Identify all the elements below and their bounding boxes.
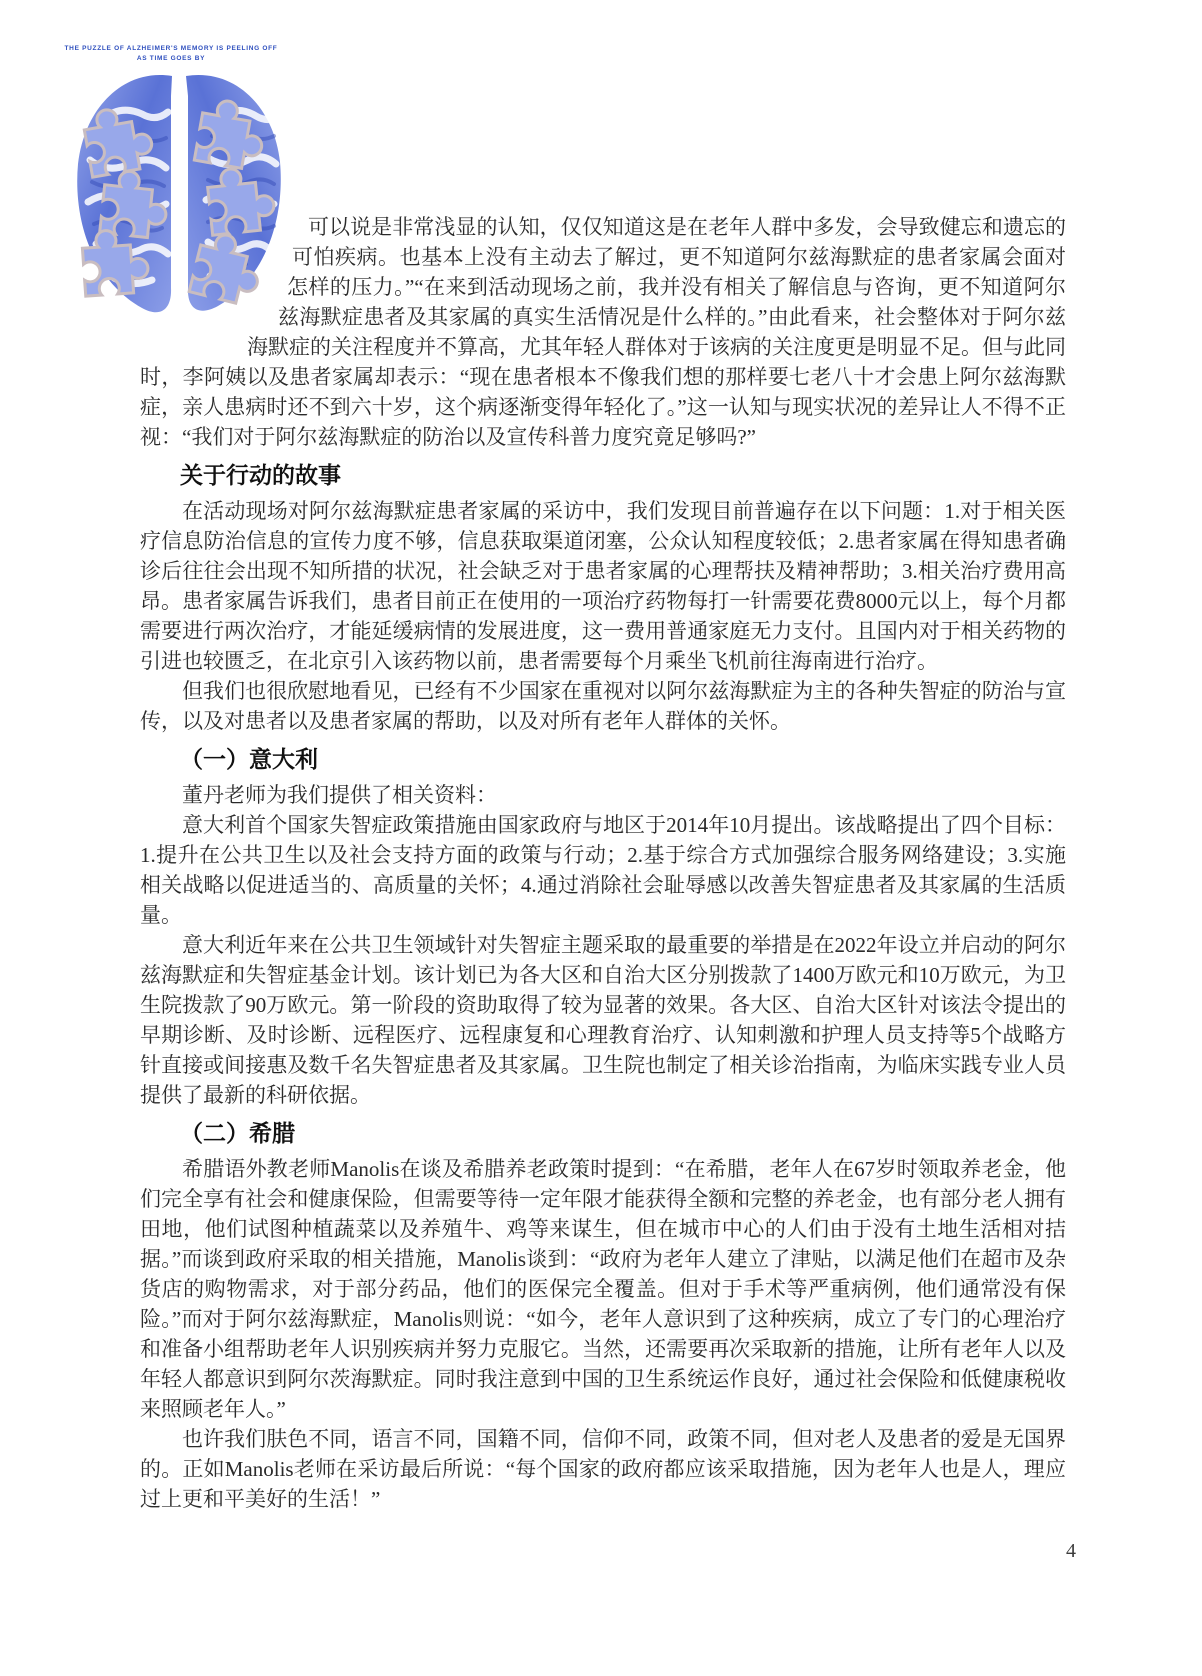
heading-italy: （一）意大利 [140, 743, 1066, 775]
paragraph-dongdan: 董丹老师为我们提供了相关资料： [140, 780, 1066, 810]
paragraph-italy-strategy: 意大利首个国家失智症政策措施由国家政府与地区于2014年10月提出。该战略提出了… [140, 810, 1066, 930]
paragraph-relief: 但我们也很欣慰地看见，已经有不少国家在重视对以阿尔兹海默症为主的各种失智症的防治… [140, 676, 1066, 736]
text-wrap-spacer [140, 242, 292, 272]
text-wrap-spacer [140, 332, 247, 362]
document-page: THE PUZZLE OF ALZHEIMER'S MEMORY IS PEEL… [0, 0, 1202, 1676]
text-wrap-spacer [140, 302, 278, 332]
paragraph-intro: 可以说是非常浅显的认知，仅仅知道这是在老年人群中多发，会导致健忘和遗忘的可怕疾病… [140, 212, 1066, 452]
page-number: 4 [1056, 1540, 1086, 1563]
english-tagline: THE PUZZLE OF ALZHEIMER'S MEMORY IS PEEL… [64, 44, 278, 64]
heading-greece: （二）希腊 [140, 1117, 1066, 1149]
text-wrap-spacer [140, 212, 308, 242]
paragraph-conclusion: 也许我们肤色不同，语言不同，国籍不同，信仰不同，政策不同，但对老人及患者的爱是无… [140, 1424, 1066, 1514]
heading-action-story: 关于行动的故事 [140, 459, 1066, 491]
tagline-line-1: THE PUZZLE OF ALZHEIMER'S MEMORY IS PEEL… [64, 44, 278, 54]
paragraph-greece-manolis: 希腊语外教老师Manolis在谈及希腊养老政策时提到：“在希腊，老年人在67岁时… [140, 1154, 1066, 1424]
text-wrap-spacer [140, 272, 287, 302]
paragraph-italy-fund: 意大利近年来在公共卫生领域针对失智症主题采取的最重要的举措是在2022年设立并启… [140, 930, 1066, 1110]
article-body: 可以说是非常浅显的认知，仅仅知道这是在老年人群中多发，会导致健忘和遗忘的可怕疾病… [140, 212, 1066, 1514]
paragraph-problems: 在活动现场对阿尔兹海默症患者家属的采访中，我们发现目前普遍存在以下问题：1.对于… [140, 496, 1066, 676]
